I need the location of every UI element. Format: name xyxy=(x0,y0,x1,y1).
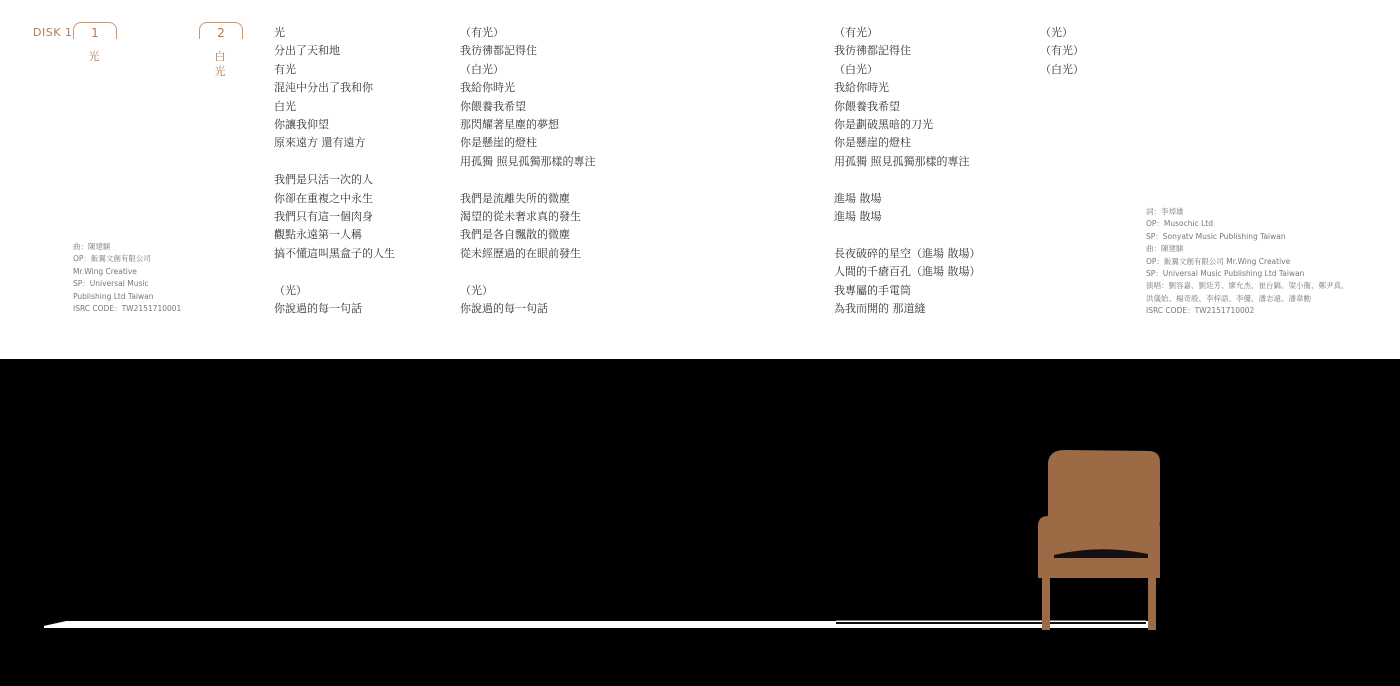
track-tab-2: 2 xyxy=(199,22,243,39)
track-title-2: 白 光 xyxy=(210,49,230,79)
lyrics-column-2: （有光） 我彷彿都記得住 （白光） 我給你時光 你餵養我希望 那閃耀著星塵的夢想… xyxy=(460,24,596,319)
lyrics-sheet: DISK 1 1 光 2 白 光 曲：陳建騏 OP：飯翼文創有限公司 Mr.Wi… xyxy=(0,0,1400,359)
track-title-1: 光 xyxy=(84,49,104,64)
chair-icon xyxy=(1030,448,1165,633)
track-tab-1: 1 xyxy=(73,22,117,39)
lyrics-column-3: （有光） 我彷彿都記得住 （白光） 我給你時光 你餵養我希望 你是劃破黑暗的刀光… xyxy=(834,24,981,319)
track2-credits: 詞：李焯雄 OP：Musochic Ltd SP：Sonyatv Music P… xyxy=(1146,206,1349,318)
track1-credits: 曲：陳建騏 OP：飯翼文創有限公司 Mr.Wing Creative SP：Un… xyxy=(73,241,181,315)
lyrics-column-4: （光） （有光） （白光） xyxy=(1040,24,1084,79)
stage-illustration xyxy=(0,359,1400,686)
lyrics-column-1: 光 分出了天和地 有光 混沌中分出了我和你 白光 你讓我仰望 原來遠方 還有遠方… xyxy=(274,24,395,319)
disk-label: DISK 1 xyxy=(33,26,72,39)
